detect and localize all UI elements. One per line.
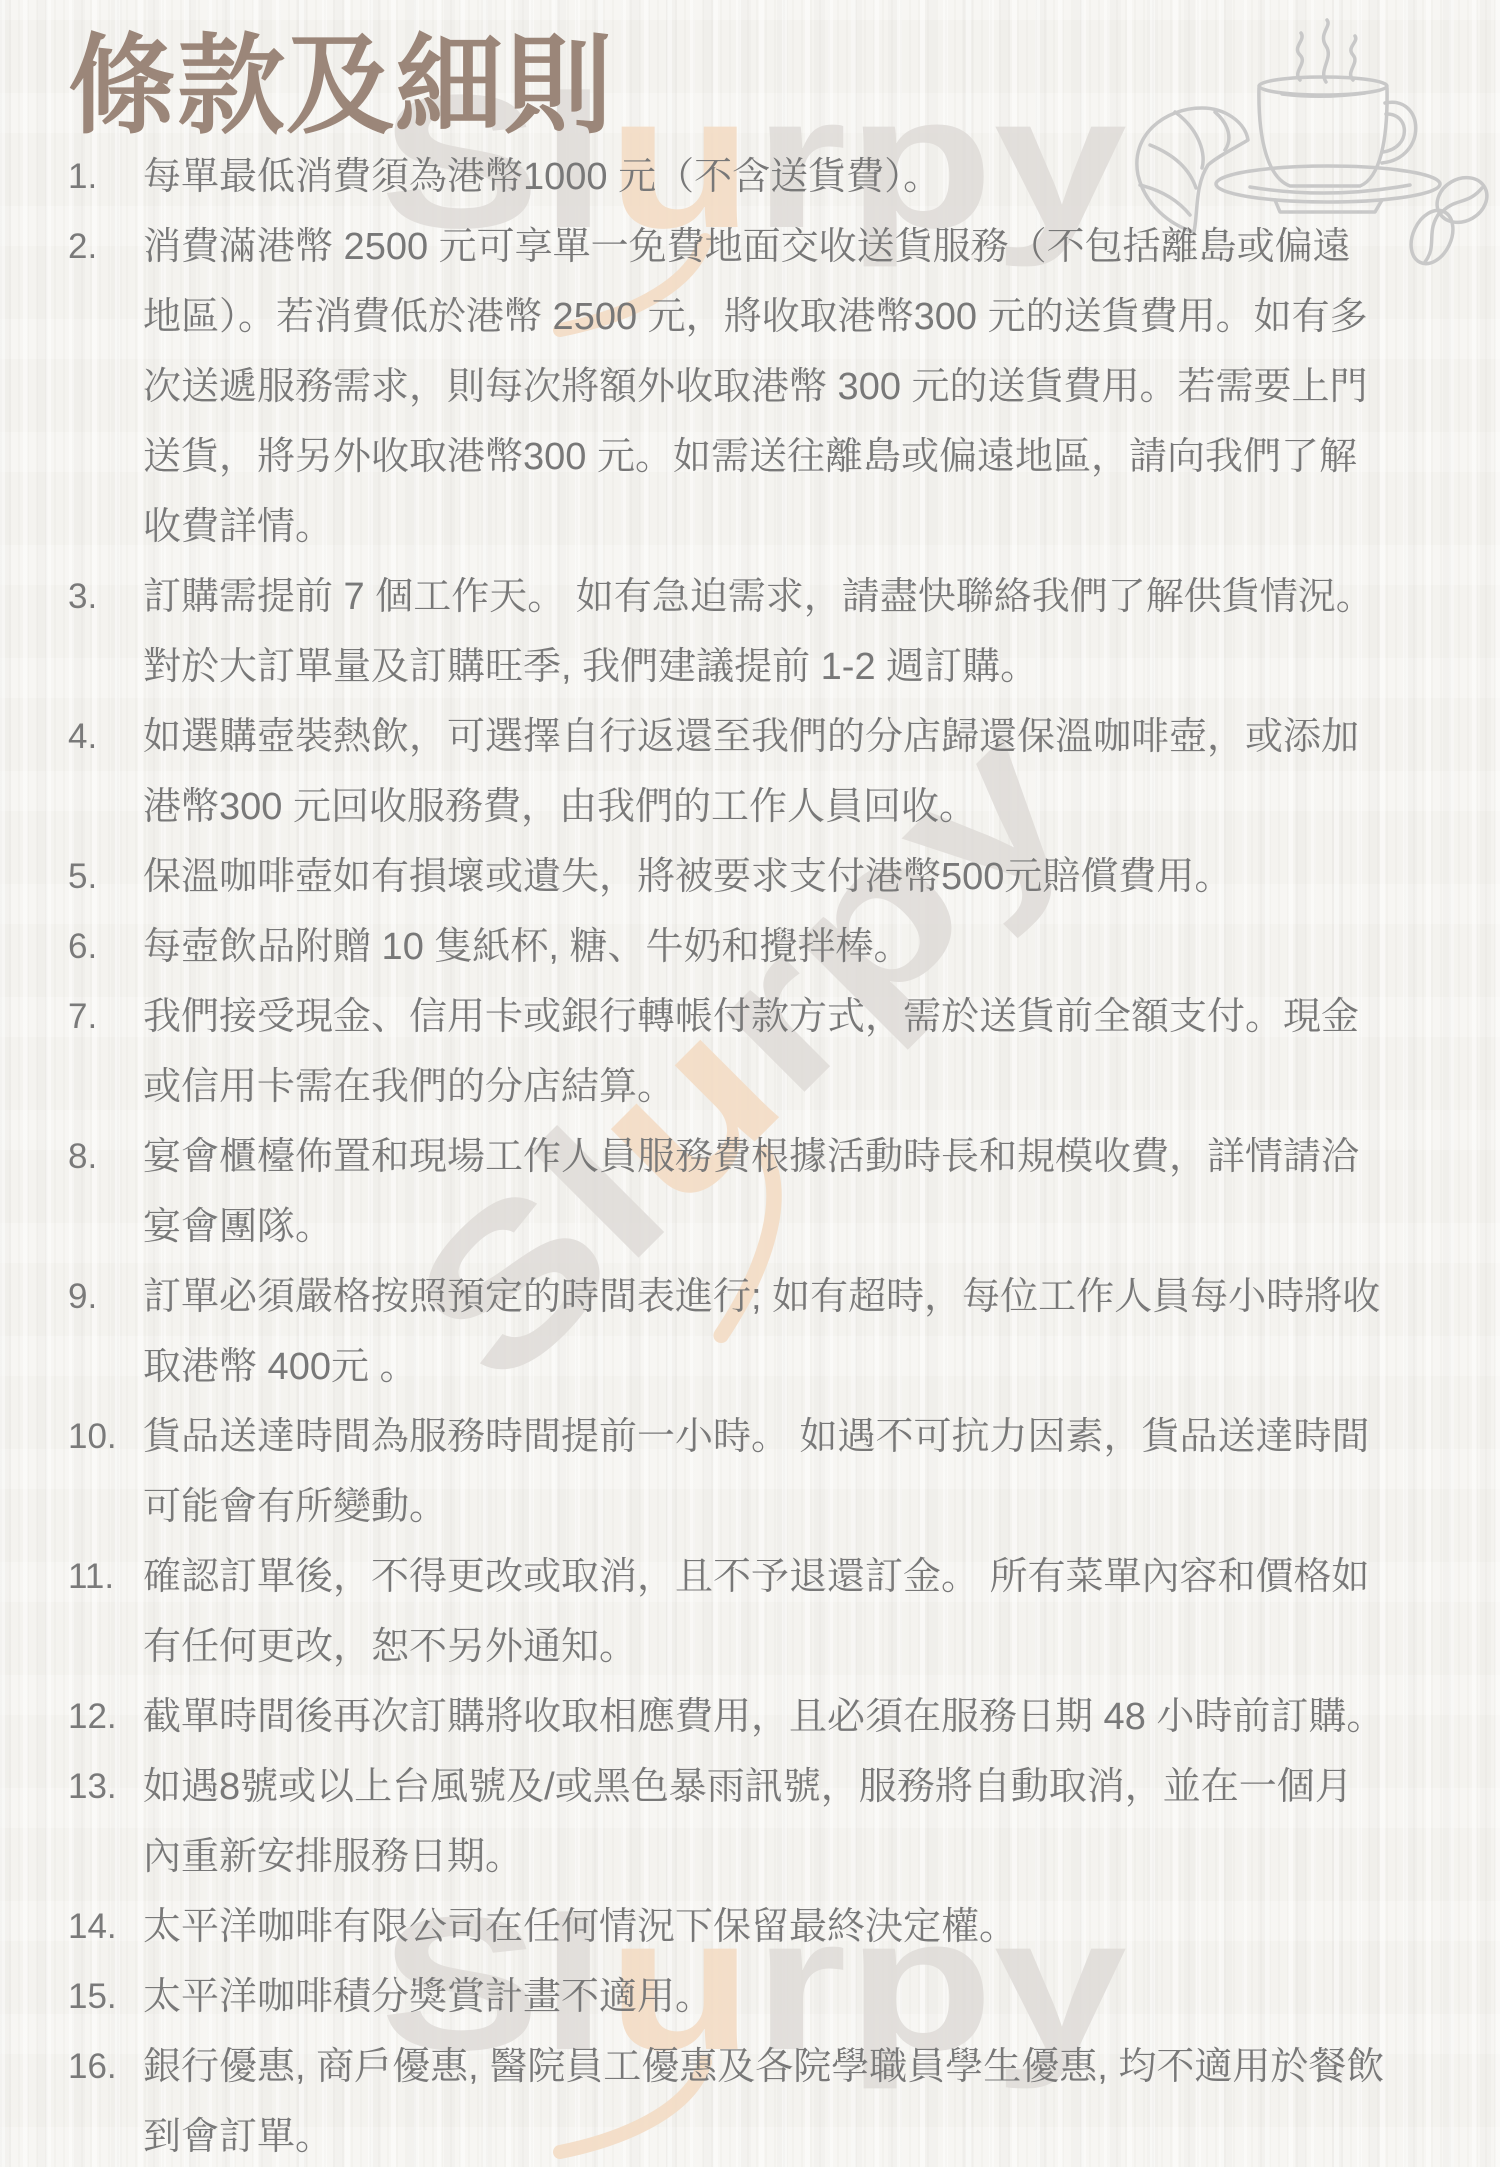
term-item-4: 4. 如選購壺裝熱飲，可選擇自行返還至我們的分店歸還保溫咖啡壺，或添加 港幣30… xyxy=(0,702,1500,842)
term-item-1: 1. 每單最低消費須為港幣1000 元（不含送貨費）。 xyxy=(0,142,1500,212)
term-item-7: 7. 我們接受現金、信用卡或銀行轉帳付款方式，需於送貨前全額支付。現金 或信用卡… xyxy=(0,982,1500,1122)
term-line: 收費詳情。 xyxy=(0,492,1500,562)
term-line: 次送遞服務需求，則每次將額外收取港幣 300 元的送貨費用。若需要上門 xyxy=(0,352,1500,422)
page-title: 條款及細則 xyxy=(68,22,613,152)
term-line: 截單時間後再次訂購將收取相應費用，且必須在服務日期 48 小時前訂購。 xyxy=(0,1682,1500,1752)
term-line: 訂購需提前 7 個工作天。 如有急迫需求，請盡快聯絡我們了解供貨情況。 xyxy=(0,562,1500,632)
term-line: 港幣300 元回收服務費，由我們的工作人員回收。 xyxy=(0,772,1500,842)
term-item-3: 3. 訂購需提前 7 個工作天。 如有急迫需求，請盡快聯絡我們了解供貨情況。 對… xyxy=(0,562,1500,702)
term-line: 太平洋咖啡有限公司在任何情況下保留最終決定權。 xyxy=(0,1892,1500,1962)
term-item-14: 14. 太平洋咖啡有限公司在任何情況下保留最終決定權。 xyxy=(0,1892,1500,1962)
terms-list: 1. 每單最低消費須為港幣1000 元（不含送貨費）。 2. 消費滿港幣 250… xyxy=(0,142,1500,2167)
term-number: 15. xyxy=(68,1962,117,2032)
term-number: 13. xyxy=(68,1752,117,1822)
term-line: 宴會團隊。 xyxy=(0,1192,1500,1262)
term-number: 11. xyxy=(68,1542,114,1612)
term-item-13: 13. 如遇8號或以上台風號及/或黑色暴雨訊號，服務將自動取消，並在一個月 內重… xyxy=(0,1752,1500,1892)
term-number: 7. xyxy=(68,982,97,1052)
term-item-12: 12. 截單時間後再次訂購將收取相應費用，且必須在服務日期 48 小時前訂購。 xyxy=(0,1682,1500,1752)
term-line: 如遇8號或以上台風號及/或黑色暴雨訊號，服務將自動取消，並在一個月 xyxy=(0,1752,1500,1822)
term-line: 可能會有所變動。 xyxy=(0,1472,1500,1542)
term-item-10: 10. 貨品送達時間為服務時間提前一小時。 如遇不可抗力因素，貨品送達時間 可能… xyxy=(0,1402,1500,1542)
term-line: 訂單必須嚴格按照預定的時間表進行; 如有超時，每位工作人員每小時將收 xyxy=(0,1262,1500,1332)
terms-page: Slurpy Slurpy Slurpy xyxy=(0,0,1500,2167)
term-item-6: 6. 每壺飲品附贈 10 隻紙杯, 糖、牛奶和攪拌棒。 xyxy=(0,912,1500,982)
term-number: 16. xyxy=(68,2032,117,2102)
term-line: 保溫咖啡壺如有損壞或遺失，將被要求支付港幣500元賠償費用。 xyxy=(0,842,1500,912)
term-line: 內重新安排服務日期。 xyxy=(0,1822,1500,1892)
term-item-15: 15. 太平洋咖啡積分獎賞計畫不適用。 xyxy=(0,1962,1500,2032)
term-number: 2. xyxy=(68,212,97,282)
term-line: 每壺飲品附贈 10 隻紙杯, 糖、牛奶和攪拌棒。 xyxy=(0,912,1500,982)
term-line: 送貨，將另外收取港幣300 元。如需送往離島或偏遠地區，請向我們了解 xyxy=(0,422,1500,492)
term-line: 到會訂單。 xyxy=(0,2102,1500,2167)
term-item-2: 2. 消費滿港幣 2500 元可享單一免費地面交收送貨服務（不包括離島或偏遠 地… xyxy=(0,212,1500,562)
term-number: 4. xyxy=(68,702,97,772)
term-item-8: 8. 宴會櫃檯佈置和現場工作人員服務費根據活動時長和規模收費，詳情請洽 宴會團隊… xyxy=(0,1122,1500,1262)
term-item-11: 11. 確認訂單後，不得更改或取消，且不予退還訂金。 所有菜單內容和價格如 有任… xyxy=(0,1542,1500,1682)
term-number: 5. xyxy=(68,842,97,912)
term-item-16: 16. 銀行優惠, 商戶優惠, 醫院員工優惠及各院學職員學生優惠, 均不適用於餐… xyxy=(0,2032,1500,2167)
term-line: 宴會櫃檯佈置和現場工作人員服務費根據活動時長和規模收費，詳情請洽 xyxy=(0,1122,1500,1192)
term-number: 9. xyxy=(68,1262,97,1332)
term-number: 3. xyxy=(68,562,97,632)
term-line: 地區）。若消費低於港幣 2500 元，將收取港幣300 元的送貨費用。如有多 xyxy=(0,282,1500,352)
term-line: 太平洋咖啡積分獎賞計畫不適用。 xyxy=(0,1962,1500,2032)
term-number: 8. xyxy=(68,1122,97,1192)
term-line: 確認訂單後，不得更改或取消，且不予退還訂金。 所有菜單內容和價格如 xyxy=(0,1542,1500,1612)
term-line: 銀行優惠, 商戶優惠, 醫院員工優惠及各院學職員學生優惠, 均不適用於餐飲 xyxy=(0,2032,1500,2102)
term-line: 我們接受現金、信用卡或銀行轉帳付款方式，需於送貨前全額支付。現金 xyxy=(0,982,1500,1052)
term-line: 每單最低消費須為港幣1000 元（不含送貨費）。 xyxy=(0,142,1500,212)
term-number: 1. xyxy=(68,142,97,212)
term-number: 10. xyxy=(68,1402,117,1472)
term-line: 貨品送達時間為服務時間提前一小時。 如遇不可抗力因素，貨品送達時間 xyxy=(0,1402,1500,1472)
steam-icon xyxy=(1297,20,1355,82)
term-line: 如選購壺裝熱飲，可選擇自行返還至我們的分店歸還保溫咖啡壺，或添加 xyxy=(0,702,1500,772)
term-line: 有任何更改，恕不另外通知。 xyxy=(0,1612,1500,1682)
term-item-5: 5. 保溫咖啡壺如有損壞或遺失，將被要求支付港幣500元賠償費用。 xyxy=(0,842,1500,912)
term-item-9: 9. 訂單必須嚴格按照預定的時間表進行; 如有超時，每位工作人員每小時將收 取港… xyxy=(0,1262,1500,1402)
term-number: 6. xyxy=(68,912,97,982)
term-line: 或信用卡需在我們的分店結算。 xyxy=(0,1052,1500,1122)
term-number: 14. xyxy=(68,1892,117,1962)
term-line: 消費滿港幣 2500 元可享單一免費地面交收送貨服務（不包括離島或偏遠 xyxy=(0,212,1500,282)
term-line: 對於大訂單量及訂購旺季, 我們建議提前 1-2 週訂購。 xyxy=(0,632,1500,702)
term-line: 取港幣 400元 。 xyxy=(0,1332,1500,1402)
term-number: 12. xyxy=(68,1682,117,1752)
